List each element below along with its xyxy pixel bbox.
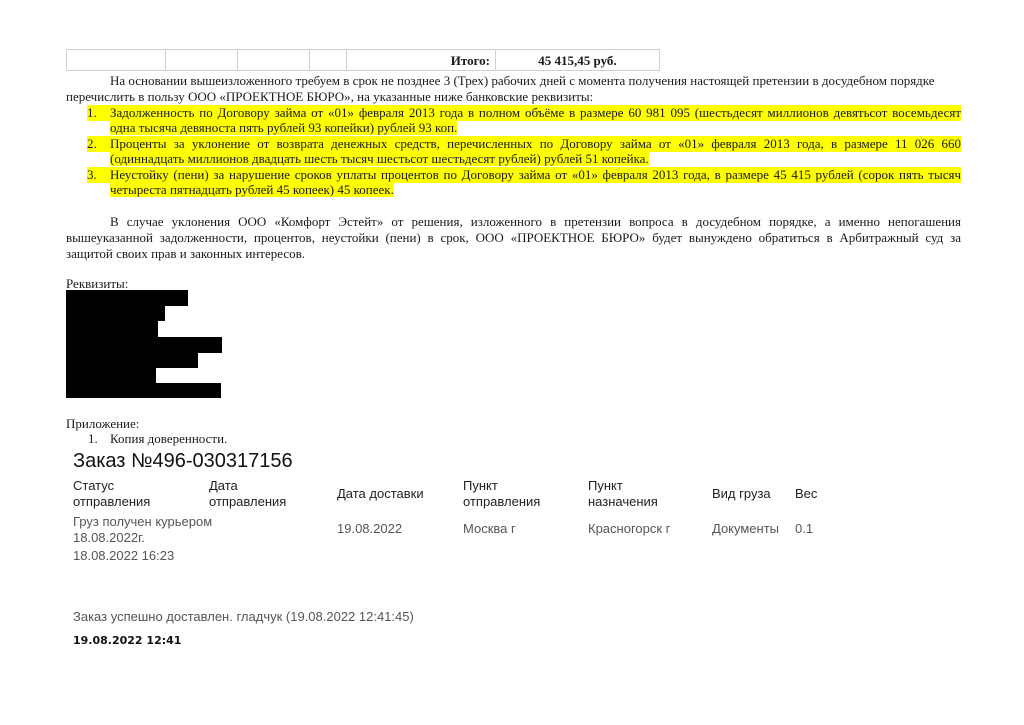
claim-3-line1: Неустойку (пени) за нарушение сроков упл… [110,167,961,183]
totals-label: Итого: [346,49,496,71]
warning-paragraph-line1: В случае уклонения ООО «Комфорт Эстейт» … [110,214,961,230]
claim-1-text-cont: одна тысяча девяноста пять рублей 93 коп… [110,120,457,135]
cell-weight: 0.1 [795,521,813,537]
column-header-status: Статус отправления [73,478,150,510]
claim-1-line1: Задолженность по Договору займа от «01» … [110,105,961,121]
claim-3-line2: четыреста пятнадцать рублей 45 копеек) 4… [110,182,394,198]
status-timestamp: 18.08.2022 16:23 [73,548,212,564]
column-header-delivery-date: Дата доставки [337,486,424,502]
column-header-destination: Пункт назначения [588,478,658,510]
attachment-label: Приложение: [66,416,139,432]
totals-amount: 45 415,45 руб. [495,49,660,71]
column-header-line: отправления [73,494,150,510]
claim-3-text-cont: четыреста пятнадцать рублей 45 копеек) 4… [110,182,394,197]
redaction-bar [66,383,221,398]
cell-destination: Красногорск г [588,521,670,537]
column-header-line: назначения [588,494,658,510]
redaction-bar [66,352,198,368]
column-header-ship-date: Дата отправления [209,478,286,510]
warning-paragraph-line3: защитой своих прав и законных интересов. [66,246,305,262]
totals-cell-empty [66,49,166,71]
column-header-line: отправления [209,494,286,510]
claim-2-line1: Проценты за уклонение от возврата денежн… [110,136,961,152]
claim-2-line2: (одиннадцать миллионов двадцать шесть ты… [110,151,649,167]
warning-text-1: В случае уклонения ООО «Комфорт Эстейт» … [110,214,961,230]
column-header-weight: Вес [795,486,817,502]
status-text: Груз получен курьером [73,514,212,530]
column-header-line: Дата [209,478,286,494]
redaction-bar [66,290,188,306]
redaction-bar [66,305,165,321]
column-header-origin: Пункт отправления [463,478,540,510]
attachment-item: Копия доверенности. [110,431,227,447]
cell-status: Груз получен курьером 18.08.2022г. 18.08… [73,514,212,564]
claim-1-text: Задолженность по Договору займа от «01» … [110,105,961,121]
redaction-bar [66,367,156,384]
claim-2-text: Проценты за уклонение от возврата денежн… [110,136,961,152]
claim-2-text-cont: (одиннадцать миллионов двадцать шесть ты… [110,151,649,166]
totals-table: Итого: 45 415,45 руб. [66,49,660,72]
warning-paragraph-line2: вышеуказанной задолженности, процентов, … [66,230,961,246]
claim-3-text: Неустойку (пени) за нарушение сроков упл… [110,167,961,183]
column-header-line: Пункт [463,478,540,494]
claim-number: 3. [87,167,110,183]
cell-origin: Москва г [463,521,516,537]
cell-delivery-date: 19.08.2022 [337,521,402,537]
claim-1-line2: одна тысяча девяноста пять рублей 93 коп… [110,120,457,136]
column-header-line: Пункт [588,478,658,494]
attachment-number: 1. [88,431,98,447]
order-title: Заказ №496-030317156 [73,450,293,473]
column-header-line: отправления [463,494,540,510]
cell-cargo-type: Документы [712,521,779,537]
totals-cell-empty [237,49,310,71]
claim-number: 1. [87,105,110,121]
status-date: 18.08.2022г. [73,530,212,546]
redaction-bar [66,337,222,353]
warning-text-2: вышеуказанной задолженности, процентов, … [66,230,961,246]
demand-paragraph-line1: На основании вышеизложенного требуем в с… [110,73,935,89]
totals-cell-empty [309,49,347,71]
column-header-cargo-type: Вид груза [712,486,771,502]
totals-cell-empty [165,49,238,71]
delivery-note: Заказ успешно доставлен. гладчук (19.08.… [73,609,414,624]
demand-paragraph-line2: перечислить в пользу ООО «ПРОЕКТНОЕ БЮРО… [66,89,593,105]
claim-number: 2. [87,136,110,152]
note-timestamp: 19.08.2022 12:41 [73,634,181,647]
column-header-line: Статус [73,478,150,494]
redaction-bar [66,320,158,338]
